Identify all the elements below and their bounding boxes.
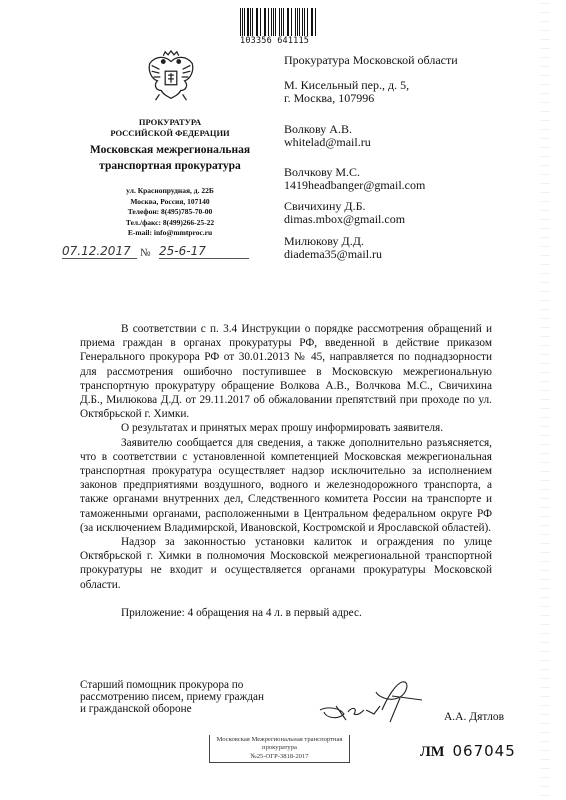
paragraph-request: О результатах и принятых мерах прошу инф… xyxy=(80,421,492,435)
barcode-bar xyxy=(279,8,280,36)
barcode-bar xyxy=(247,8,248,36)
registration-date: 07.12.2017 xyxy=(62,244,137,259)
address-phone: Телефон: 8(495)785-70-00 xyxy=(70,207,270,218)
serial-number: 067045 xyxy=(453,742,516,760)
dept-line-2: транспортная прокуратура xyxy=(70,158,270,174)
address-fax: Тел./факс: 8(499)266-25-22 xyxy=(70,218,270,229)
registration-number: 25-6-17 xyxy=(159,244,249,259)
barcode-bar xyxy=(295,8,296,36)
org-line-1: ПРОКУРАТУРА xyxy=(70,117,270,128)
registration-line: 07.12.2017 № 25-6-17 xyxy=(62,243,257,261)
barcode-bar xyxy=(302,8,303,36)
addressee-email: dimas.mbox@gmail.com xyxy=(284,213,405,226)
addressee-email: diadema35@mail.ru xyxy=(284,248,382,261)
sender-department: Московская межрегиональная транспортная … xyxy=(70,142,270,174)
barcode-bar xyxy=(256,8,257,36)
addressee-prosecutor-address: М. Кисельный пер., д. 5, г. Москва, 1079… xyxy=(284,79,409,105)
stamp-line: №25-ОГР-3818-2017 xyxy=(210,753,349,761)
barcode-bar xyxy=(268,8,269,36)
barcode-bar xyxy=(252,8,253,36)
barcode-bar xyxy=(307,8,308,36)
paragraph-competence: Заявителю сообщается для сведения, а так… xyxy=(80,436,492,535)
address-street: ул. Краснопрудная, д. 22Б xyxy=(70,186,270,197)
addressee-svichikhin: Свичихину Д.Б. dimas.mbox@gmail.com xyxy=(284,200,405,226)
title-line: рассмотрению писем, приему граждан xyxy=(80,691,264,703)
address-city: Москва, Россия, 107140 xyxy=(70,197,270,208)
addressee-name: Прокуратура Московской области xyxy=(284,54,458,67)
addressee-prosecutor-office: Прокуратура Московской области xyxy=(284,54,458,67)
sender-address: ул. Краснопрудная, д. 22Б Москва, Россия… xyxy=(70,186,270,239)
addressee-volchkov: Волчкову М.С. 1419headbanger@gmail.com xyxy=(284,166,425,192)
barcode-bar xyxy=(260,8,261,36)
dept-line-1: Московская межрегиональная xyxy=(70,142,270,158)
addressee-city: г. Москва, 107996 xyxy=(284,92,409,105)
signatory-title: Старший помощник прокурора по рассмотрен… xyxy=(80,679,264,715)
addressee-milyukov: Милюкову Д.Д. diadema35@mail.ru xyxy=(284,235,382,261)
letter-body: В соответствии с п. 3.4 Инструкции о пор… xyxy=(80,322,492,620)
attachment-note: Приложение: 4 обращения на 4 л. в первый… xyxy=(80,606,492,620)
barcode-bar xyxy=(275,8,276,36)
paragraph-referral: В соответствии с п. 3.4 Инструкции о пор… xyxy=(80,322,492,421)
stamp-line: прокуратура xyxy=(210,744,349,752)
org-line-2: РОССИЙСКОЙ ФЕДЕРАЦИИ xyxy=(70,128,270,139)
scan-edge-noise xyxy=(540,0,550,800)
form-serial-number: ЛМ067045 xyxy=(420,742,516,761)
signatory-name: А.А. Дятлов xyxy=(444,711,504,723)
barcode-bar xyxy=(283,8,284,36)
barcode xyxy=(240,8,318,36)
handwritten-signature-icon xyxy=(318,676,428,726)
barcode-bar xyxy=(240,8,241,36)
barcode-bar xyxy=(312,8,313,36)
barcode-number: 103356 641115 xyxy=(240,36,309,46)
registration-number-label: № xyxy=(140,247,151,259)
barcode-bar xyxy=(291,8,292,36)
paragraph-jurisdiction: Надзор за законностью установки калиток … xyxy=(80,535,492,592)
addressee-email: whitelad@mail.ru xyxy=(284,136,371,149)
registration-stamp: Московская Межрегиональная транспортная … xyxy=(209,735,350,763)
addressee-email: 1419headbanger@gmail.com xyxy=(284,179,425,192)
serial-series: ЛМ xyxy=(420,744,445,760)
title-line: и гражданской обороне xyxy=(80,703,264,715)
address-email: E-mail: info@mmtproc.ru xyxy=(70,228,270,239)
stamp-line: Московская Межрегиональная транспортная xyxy=(210,736,349,744)
addressee-volkov: Волкову А.В. whitelad@mail.ru xyxy=(284,123,371,149)
title-line: Старший помощник прокурора по xyxy=(80,679,264,691)
russian-coat-of-arms-icon xyxy=(142,48,200,106)
sender-org: ПРОКУРАТУРА РОССИЙСКОЙ ФЕДЕРАЦИИ xyxy=(70,117,270,139)
